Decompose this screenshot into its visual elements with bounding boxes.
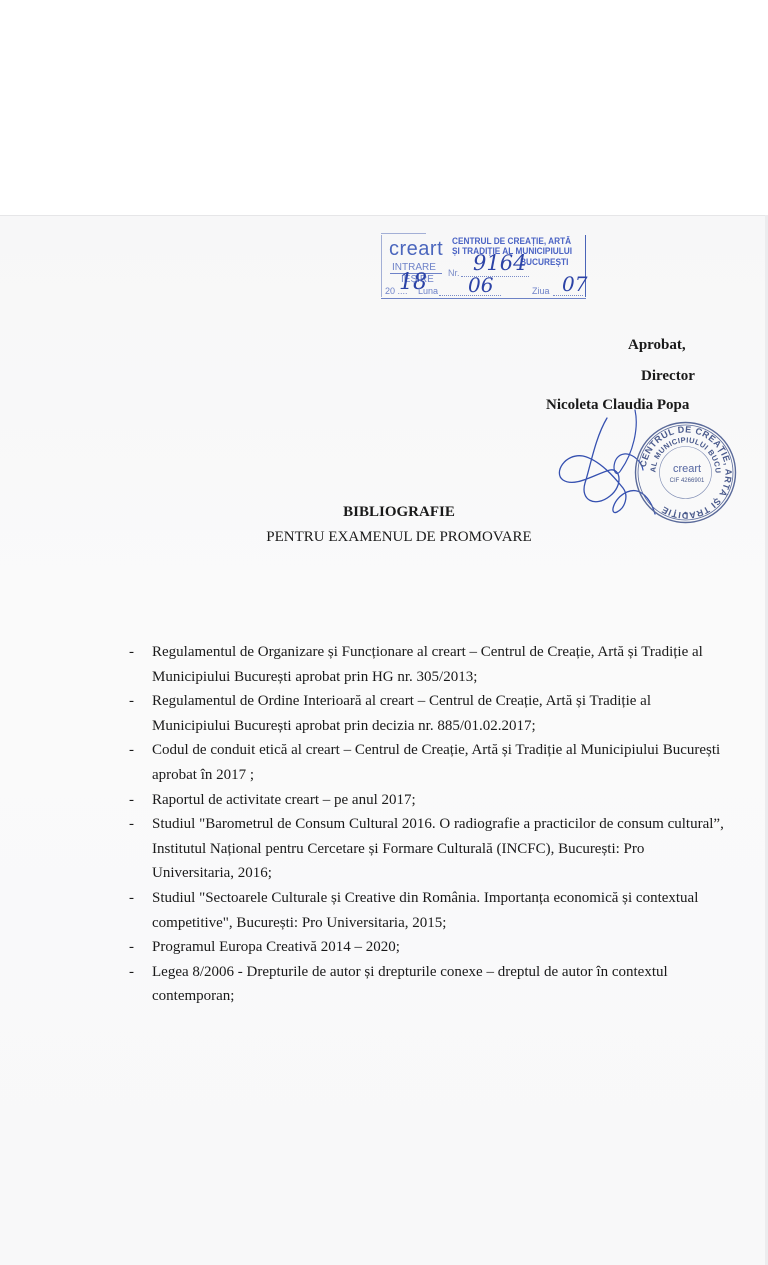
bullet-dash: - xyxy=(129,738,139,763)
stamp-border xyxy=(381,233,426,234)
registration-number: 9164 xyxy=(473,251,526,275)
svg-text:creart: creart xyxy=(673,463,701,475)
list-item-text: Regulamentul de Organizare și Funcționar… xyxy=(152,644,703,685)
list-item-text: Regulamentul de Ordine Interioară al cre… xyxy=(152,693,651,734)
list-item: -Regulamentul de Ordine Interioară al cr… xyxy=(129,689,729,738)
list-item: -Studiul "Barometrul de Consum Cultural … xyxy=(129,812,729,886)
bullet-dash: - xyxy=(129,640,139,665)
list-item: -Programul Europa Creativă 2014 – 2020; xyxy=(129,935,729,960)
list-item: -Raportul de activitate creart – pe anul… xyxy=(129,788,729,813)
registry-stamp: creart CENTRUL DE CREAȚIE, ARTĂ ȘI TRADI… xyxy=(381,233,586,299)
bullet-dash: - xyxy=(129,960,139,985)
stamp-border xyxy=(381,298,586,300)
nr-label: Nr. xyxy=(448,268,460,278)
list-item-text: Studiul "Barometrul de Consum Cultural 2… xyxy=(152,816,724,881)
list-item: -Studiul "Sectoarele Culturale și Creati… xyxy=(129,886,729,935)
stamp-org-line: CENTRUL DE CREAȚIE, ARTĂ xyxy=(452,236,571,246)
ziua-label: Ziua xyxy=(532,286,550,296)
creart-logo: creart xyxy=(389,238,443,261)
list-item-text: Legea 8/2006 - Drepturile de autor și dr… xyxy=(152,964,668,1005)
document-subtitle: PENTRU EXAMENUL DE PROMOVARE xyxy=(0,529,768,546)
document-title: BIBLIOGRAFIE xyxy=(0,504,768,521)
bullet-dash: - xyxy=(129,886,139,911)
list-item-text: Studiul "Sectoarele Culturale și Creativ… xyxy=(152,890,698,931)
bibliography-list: -Regulamentul de Organizare și Funcționa… xyxy=(129,640,729,1009)
bullet-dash: - xyxy=(129,689,139,714)
list-item: -Regulamentul de Organizare și Funcționa… xyxy=(129,640,729,689)
list-item: -Legea 8/2006 - Drepturile de autor și d… xyxy=(129,960,729,1009)
svg-text:CIF 4266901: CIF 4266901 xyxy=(670,478,705,484)
approved-label: Aprobat, xyxy=(628,337,686,354)
bullet-dash: - xyxy=(129,812,139,837)
registration-day: 07 xyxy=(562,272,587,296)
luna-label: Luna xyxy=(418,286,438,296)
list-item-text: Codul de conduit etică al creart – Centr… xyxy=(152,742,720,783)
list-item-text: Programul Europa Creativă 2014 – 2020; xyxy=(152,939,400,955)
bullet-dash: - xyxy=(129,788,139,813)
director-role: Director xyxy=(641,368,695,385)
list-item: -Codul de conduit etică al creart – Cent… xyxy=(129,738,729,787)
registration-month: 06 xyxy=(468,273,493,297)
list-item-text: Raportul de activitate creart – pe anul … xyxy=(152,792,416,808)
bullet-dash: - xyxy=(129,935,139,960)
stamp-border xyxy=(381,235,382,297)
